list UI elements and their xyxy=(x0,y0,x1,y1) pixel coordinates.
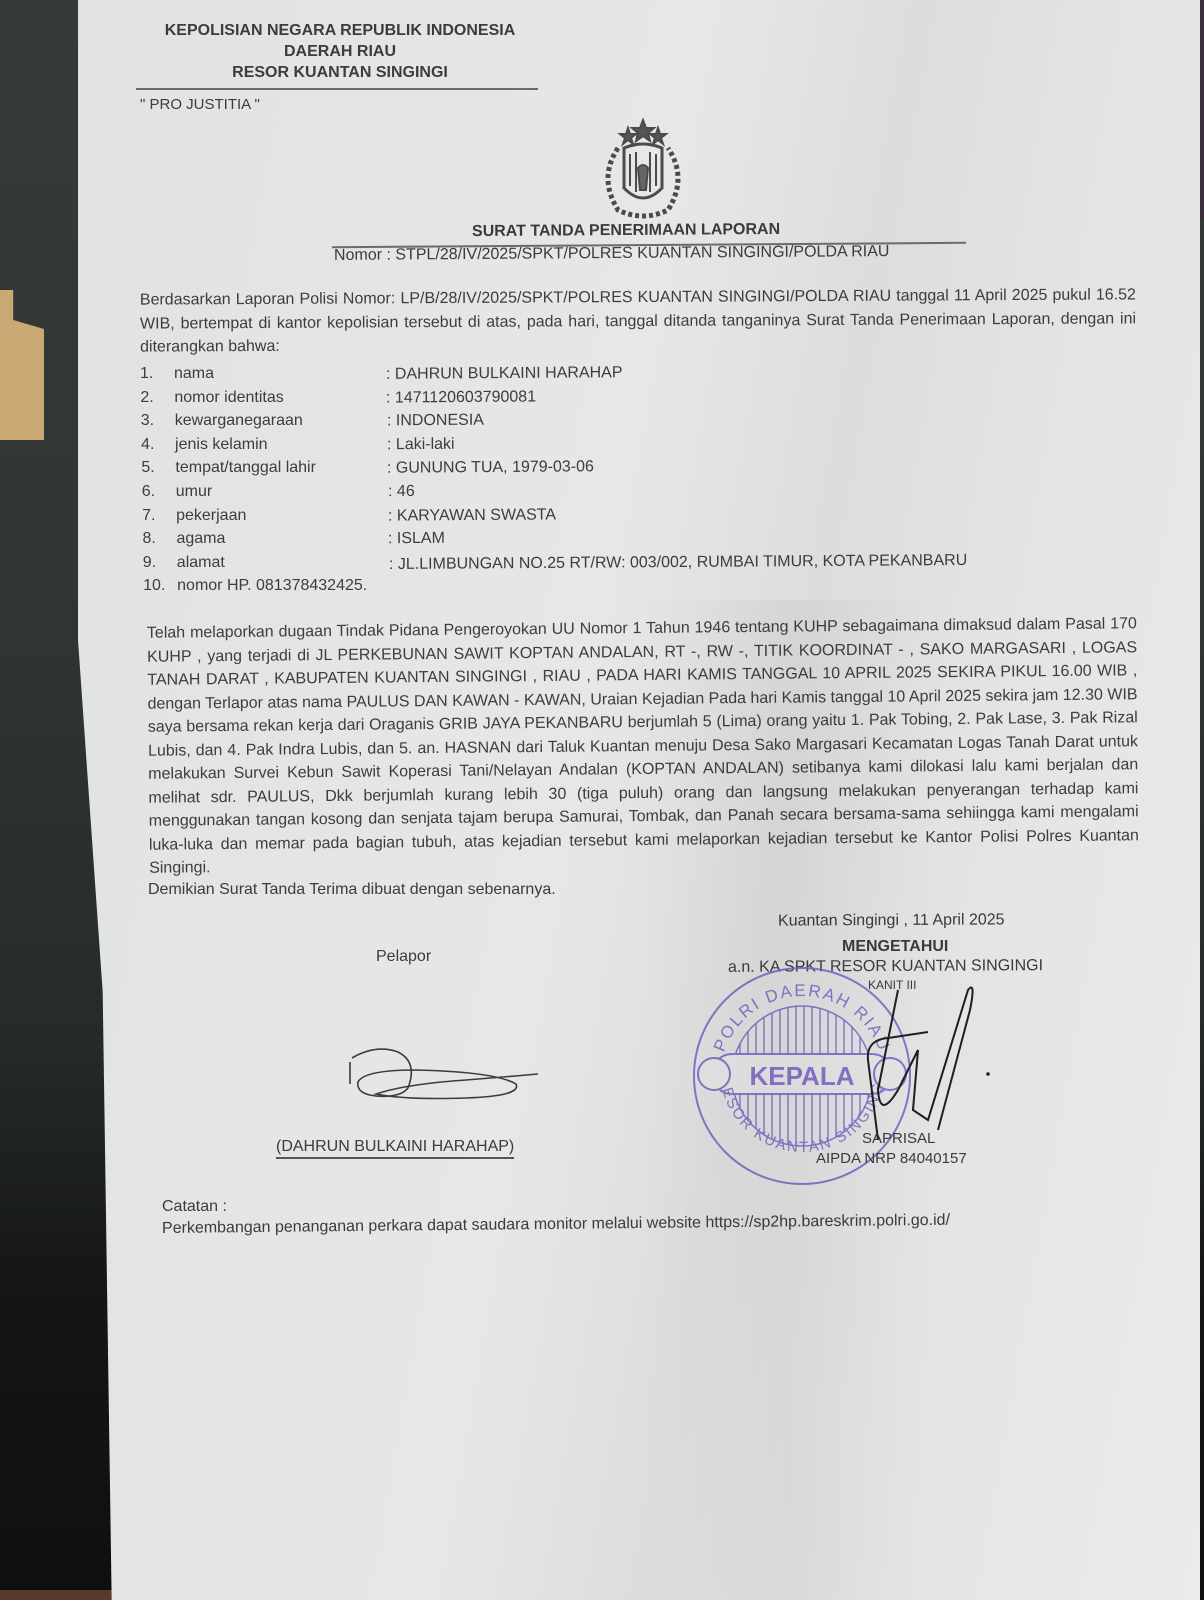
place-date: Kuantan Singingi , 11 April 2025 xyxy=(778,911,1005,930)
identity-row-value: : GUNUNG TUA, 1979-03-06 xyxy=(387,459,594,478)
identity-row-label: nomor identitas xyxy=(174,389,386,407)
letterhead-line-1: KEPOLISIAN NEGARA REPUBLIK INDONESIA xyxy=(140,20,540,41)
pro-justitia: " PRO JUSTITIA " xyxy=(140,96,260,113)
closing-statement: Demikian Surat Tanda Terima dibuat denga… xyxy=(148,881,556,899)
document-number: Nomor : STPL/28/IV/2025/SPKT/POLRES KUAN… xyxy=(334,243,890,265)
identity-row-number: 8. xyxy=(142,530,176,548)
identity-row-label: umur xyxy=(176,483,388,501)
identity-row-label: nama xyxy=(174,365,386,383)
identity-row-value: : ISLAM xyxy=(388,530,445,548)
identity-row-number: 5. xyxy=(141,459,175,477)
reporter-signature xyxy=(346,1038,546,1102)
wood-edge xyxy=(0,1590,120,1600)
identity-row-label: pekerjaan xyxy=(176,507,388,525)
identity-row-value: : JL.LIMBUNGAN NO.25 RT/RW: 003/002, RUM… xyxy=(389,552,967,574)
identity-row: 1.nama: DAHRUN BULKAINI HARAHAP xyxy=(140,365,623,383)
identity-row: 8.agama: ISLAM xyxy=(142,530,445,548)
identity-row-number: 2. xyxy=(140,389,174,407)
notes-label: Catatan : xyxy=(162,1198,227,1216)
officer-signature xyxy=(858,970,998,1150)
letterhead: KEPOLISIAN NEGARA REPUBLIK INDONESIA DAE… xyxy=(140,20,540,83)
identity-row-label: kewarganegaraan xyxy=(175,412,387,430)
identity-row-value: : 46 xyxy=(388,483,415,501)
report-body-paragraph: Telah melaporkan dugaan Tindak Pidana Pe… xyxy=(147,612,1139,880)
identity-row-label: nomor HP. 081378432425. xyxy=(177,577,367,595)
reporter-name: (DAHRUN BULKAINI HARAHAP) xyxy=(276,1138,514,1159)
letterhead-line-3: RESOR KUANTAN SINGINGI xyxy=(140,62,540,83)
intro-paragraph: Berdasarkan Laporan Polisi Nomor: LP/B/2… xyxy=(140,283,1136,359)
right-edge-object xyxy=(1200,0,1204,220)
identity-row: 6.umur: 46 xyxy=(142,483,415,501)
identity-row: 5.tempat/tanggal lahir: GUNUNG TUA, 1979… xyxy=(141,459,594,477)
letterhead-divider xyxy=(136,88,538,90)
letterhead-line-2: DAERAH RIAU xyxy=(140,41,540,62)
identity-row-value: : Laki-laki xyxy=(387,436,455,454)
report-document: KEPOLISIAN NEGARA REPUBLIK INDONESIA DAE… xyxy=(78,0,1200,1600)
identity-row: 3.kewarganegaraan: INDONESIA xyxy=(141,412,484,430)
identity-row: 10.nomor HP. 081378432425. xyxy=(143,577,367,595)
identity-row-number: 6. xyxy=(142,483,176,501)
reporter-label: Pelapor xyxy=(376,948,431,966)
identity-row: 9.alamat: JL.LIMBUNGAN NO.25 RT/RW: 003/… xyxy=(143,554,967,572)
identity-row-number: 1. xyxy=(140,365,174,383)
notes-text: Perkembangan penanganan perkara dapat sa… xyxy=(162,1212,950,1238)
polri-emblem-icon xyxy=(588,118,698,224)
document-title: SURAT TANDA PENERIMAAN LAPORAN xyxy=(472,221,780,241)
identity-row: 2.nomor identitas: 1471120603790081 xyxy=(140,389,536,407)
identity-row-label: alamat xyxy=(177,554,389,572)
identity-row-value: : DAHRUN BULKAINI HARAHAP xyxy=(386,364,623,384)
acknowledged-label: MENGETAHUI xyxy=(842,938,948,956)
svg-text:KEPALA: KEPALA xyxy=(750,1061,855,1091)
identity-row-label: tempat/tanggal lahir xyxy=(175,459,387,477)
identity-row: 4.jenis kelamin: Laki-laki xyxy=(141,436,455,454)
identity-row-number: 9. xyxy=(143,554,177,572)
identity-row-label: jenis kelamin xyxy=(175,436,387,454)
officer-rank-nrp: AIPDA NRP 84040157 xyxy=(816,1150,967,1167)
officer-name: SAPRISAL xyxy=(862,1130,935,1147)
identity-row: 7.pekerjaan: KARYAWAN SWASTA xyxy=(142,507,556,525)
identity-row-label: agama xyxy=(176,530,388,548)
identity-row-number: 7. xyxy=(142,507,176,525)
identity-row-number: 4. xyxy=(141,436,175,454)
identity-row-value: : KARYAWAN SWASTA xyxy=(388,506,556,525)
identity-row-value: : INDONESIA xyxy=(387,412,484,431)
identity-row-number: 3. xyxy=(141,412,175,430)
identity-row-number: 10. xyxy=(143,577,177,595)
identity-row-value: : 1471120603790081 xyxy=(386,388,536,407)
